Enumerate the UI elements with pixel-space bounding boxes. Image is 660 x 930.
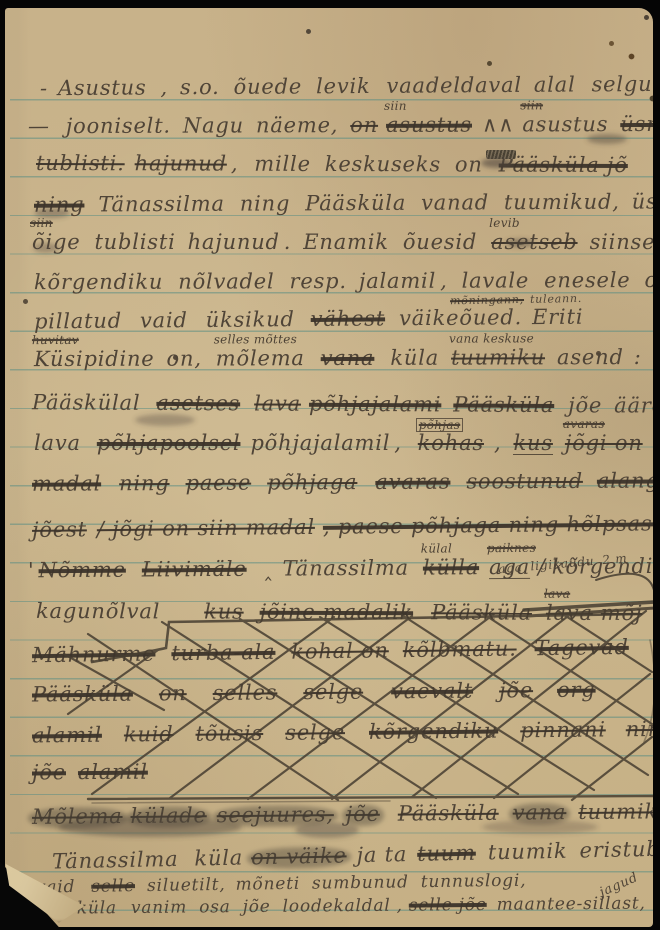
- scanned-manuscript: -Asustus,s.o.õuedelevikvaadeldavalalalse…: [0, 0, 660, 930]
- manuscript-page: -Asustus,s.o.õuedelevikvaadeldavalalalse…: [5, 8, 653, 927]
- pencil-strikeout-marks: [5, 8, 653, 927]
